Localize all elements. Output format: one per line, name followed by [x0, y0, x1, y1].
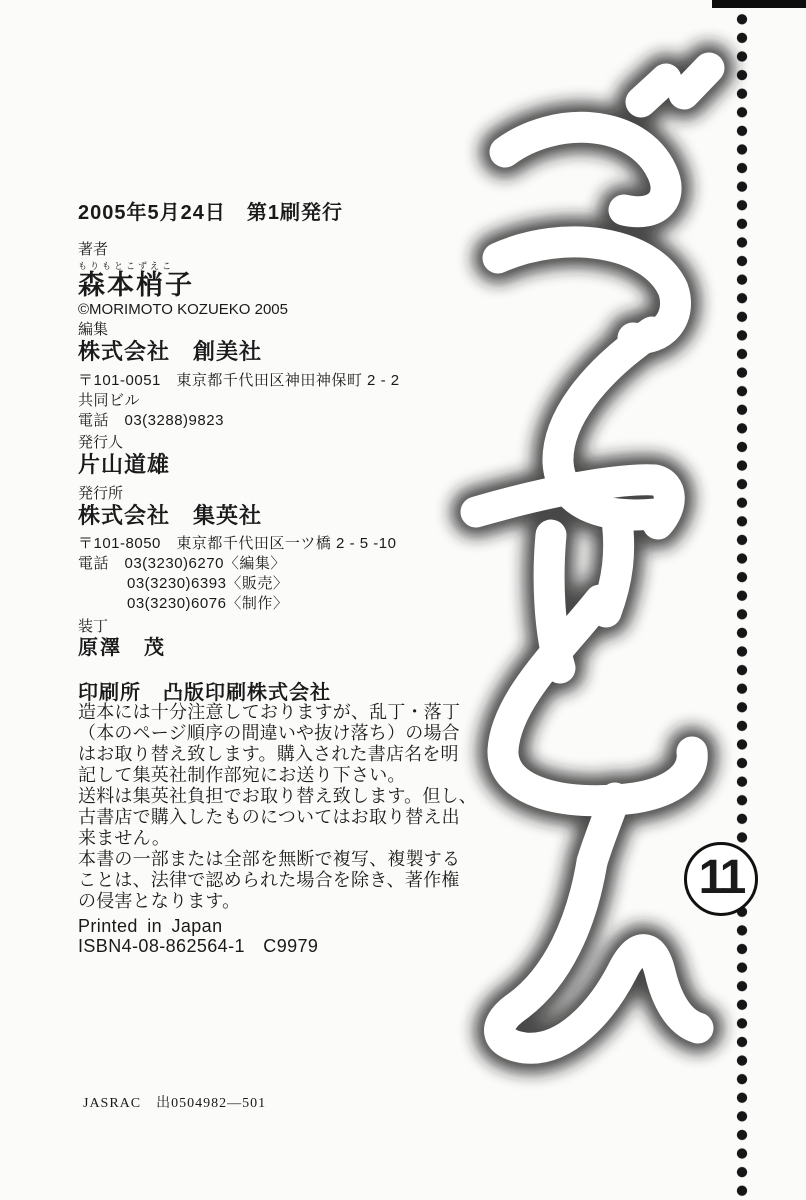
disclaimer-text: 造本には十分注意しておりますが、乱丁・落丁 （本のページ順序の間違いや抜け落ち）…	[78, 702, 508, 912]
publisher-phone-3: 03(3230)6076〈制作〉	[78, 594, 508, 614]
publisher-address: 〒101-8050 東京都千代田区一ツ橋 2 - 5 -10	[78, 534, 508, 554]
publisher-person-section: 発行人 片山道雄	[78, 434, 508, 478]
publisher-person-name: 片山道雄	[78, 452, 508, 478]
editing-phone: 電話 03(3288)9823	[78, 411, 508, 431]
title-vertical-text: ごくせん	[0, 0, 1, 1]
editing-company: 株式会社 創美社	[78, 339, 508, 365]
author-label: 著者	[78, 241, 508, 259]
author-section: 著者 もりもとこずえこ 森本梢子 ©MORIMOTO KOZUEKO 2005	[78, 241, 508, 319]
publisher-person-label: 発行人	[78, 434, 508, 452]
editing-address1: 〒101-0051 東京都千代田区神田神保町 2 - 2	[78, 371, 508, 391]
printer-section: 印刷所凸版印刷株式会社	[78, 676, 508, 705]
design-label: 装丁	[78, 618, 508, 636]
publisher-phone-1: 電話 03(3230)6270〈編集〉	[78, 554, 508, 574]
volume-badge: 11	[684, 842, 758, 916]
printed-in-line: Printed in Japan	[78, 916, 508, 936]
jasrac-line: JASRAC 出0504982—501	[83, 1092, 266, 1112]
publisher-section: 発行所 株式会社 集英社 〒101-8050 東京都千代田区一ツ橋 2 - 5 …	[78, 485, 508, 614]
printed-isbn-section: Printed in Japan ISBN4-08-862564-1 C9979	[78, 916, 508, 956]
colophon-page: { "page": { "title_vertical": "ごくせん", "v…	[0, 0, 806, 1200]
printer-label: 印刷所	[78, 682, 141, 704]
publisher-company: 株式会社 集英社	[78, 503, 508, 529]
print-date-line: 2005年5月24日 第1刷発行	[78, 196, 508, 225]
print-date-section: 2005年5月24日 第1刷発行	[78, 196, 508, 225]
printer-name: 凸版印刷株式会社	[163, 682, 331, 704]
isbn-line: ISBN4-08-862564-1 C9979	[78, 936, 508, 956]
page-corner-bar	[712, 0, 806, 8]
dotted-rule	[735, 10, 749, 1200]
author-name: 森本梢子	[78, 271, 508, 299]
editing-label: 編集	[78, 321, 508, 339]
editing-section: 編集 株式会社 創美社 〒101-0051 東京都千代田区神田神保町 2 - 2…	[78, 321, 508, 431]
design-name: 原澤 茂	[78, 636, 508, 660]
copyright-line: ©MORIMOTO KOZUEKO 2005	[78, 301, 508, 319]
editing-address2: 共同ビル	[78, 391, 508, 411]
volume-number: 11	[699, 854, 744, 902]
publisher-label: 発行所	[78, 485, 508, 503]
publisher-phone-2: 03(3230)6393〈販売〉	[78, 574, 508, 594]
design-section: 装丁 原澤 茂	[78, 618, 508, 660]
